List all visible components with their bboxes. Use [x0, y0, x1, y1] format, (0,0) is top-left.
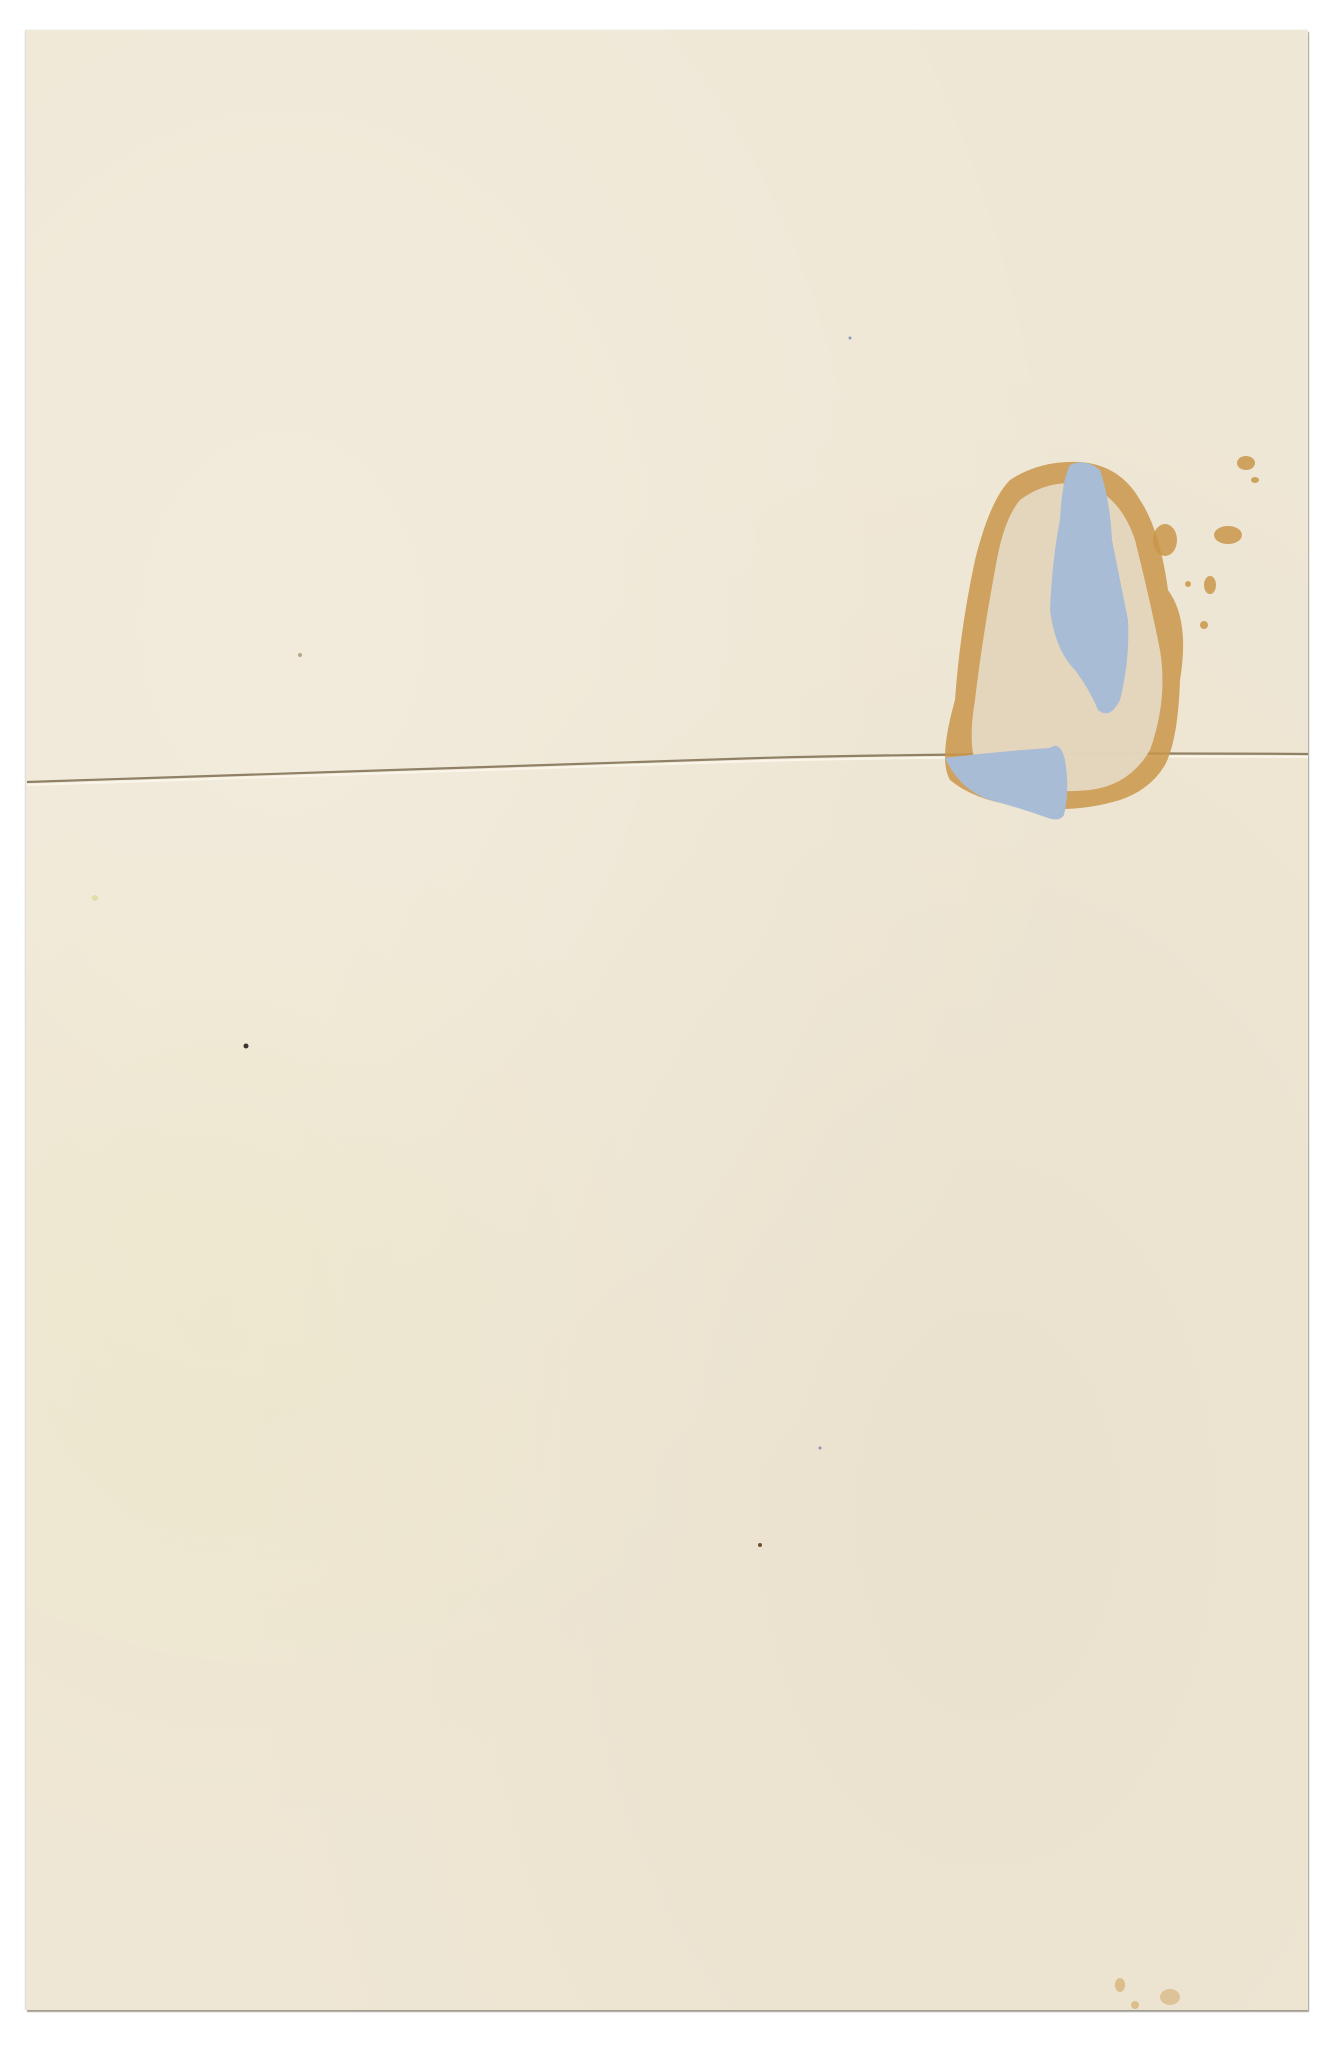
paper-sheet — [26, 30, 1308, 2010]
